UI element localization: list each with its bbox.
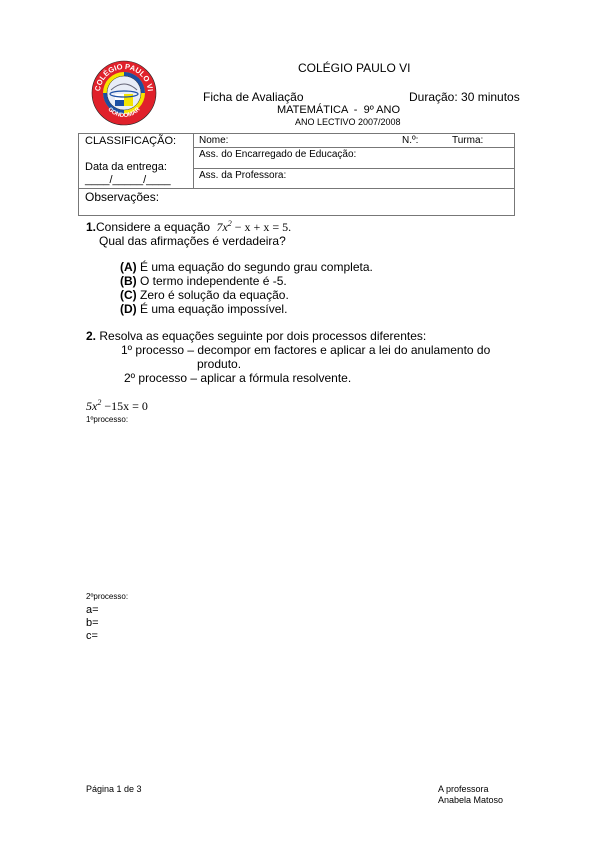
question-1-prompt: Qual das afirmações é verdadeira? bbox=[99, 234, 286, 248]
classification-label: CLASSIFICAÇÃO: bbox=[85, 135, 176, 147]
sheet-title: Ficha de Avaliação bbox=[203, 90, 304, 104]
coefficient-c-field[interactable]: c= bbox=[86, 630, 98, 642]
signature-name: Anabela Matoso bbox=[438, 795, 503, 805]
duration: Duração: 30 minutos bbox=[409, 90, 520, 104]
delivery-date-label: Data da entrega: bbox=[85, 161, 167, 173]
signature-title: A professora bbox=[438, 784, 489, 794]
subject: MATEMÁTICA - 9º ANO bbox=[277, 104, 400, 116]
school-year: ANO LECTIVO 2007/2008 bbox=[295, 117, 401, 127]
process-2-description: 2º processo – aplicar a fórmula resolven… bbox=[124, 371, 351, 385]
process-1-description-cont: produto. bbox=[197, 357, 241, 371]
option-b[interactable]: (B) O termo independente é -5. bbox=[120, 274, 373, 288]
question-1-equation: 7x2 − x + x = 5. bbox=[216, 220, 291, 234]
school-logo: COLÉGIO PAULO VI GONDOMAR bbox=[91, 60, 157, 126]
process-2-label: 2ºprocesso: bbox=[86, 592, 128, 601]
delivery-date-field[interactable]: ____/_____/____ bbox=[85, 174, 171, 186]
question-1: 1.Considere a equação 7x2 − x + x = 5. bbox=[86, 220, 291, 235]
process-1-label: 1ºprocesso: bbox=[86, 415, 128, 424]
student-info-table: CLASSIFICAÇÃO: Data da entrega: ____/___… bbox=[78, 133, 515, 216]
option-c[interactable]: (C) Zero é solução da equação. bbox=[120, 288, 373, 302]
option-d[interactable]: (D) É uma equação impossível. bbox=[120, 302, 373, 316]
question-1-number: 1. bbox=[86, 220, 96, 234]
number-field[interactable]: N.º: bbox=[402, 135, 418, 146]
question-1-options: (A) É uma equação do segundo grau comple… bbox=[120, 260, 373, 316]
school-name: COLÉGIO PAULO VI bbox=[298, 61, 410, 75]
coefficient-a-field[interactable]: a= bbox=[86, 604, 99, 616]
question-2-equation: 5x2 −15x = 0 bbox=[86, 399, 148, 414]
name-field[interactable]: Nome: bbox=[199, 135, 228, 146]
question-2: 2. Resolva as equações seguinte por dois… bbox=[86, 329, 426, 343]
guardian-signature-field[interactable]: Ass. do Encarregado de Educação: bbox=[199, 149, 356, 160]
option-a[interactable]: (A) É uma equação do segundo grau comple… bbox=[120, 260, 373, 274]
observations-field[interactable]: Observações: bbox=[85, 190, 159, 204]
page-number: Página 1 de 3 bbox=[86, 784, 142, 794]
coefficient-b-field[interactable]: b= bbox=[86, 617, 99, 629]
teacher-signature-field[interactable]: Ass. da Professora: bbox=[199, 170, 286, 181]
class-field[interactable]: Turma: bbox=[452, 135, 483, 146]
process-1-description: 1º processo – decompor em factores e apl… bbox=[121, 343, 490, 357]
question-2-number: 2. bbox=[86, 329, 96, 343]
